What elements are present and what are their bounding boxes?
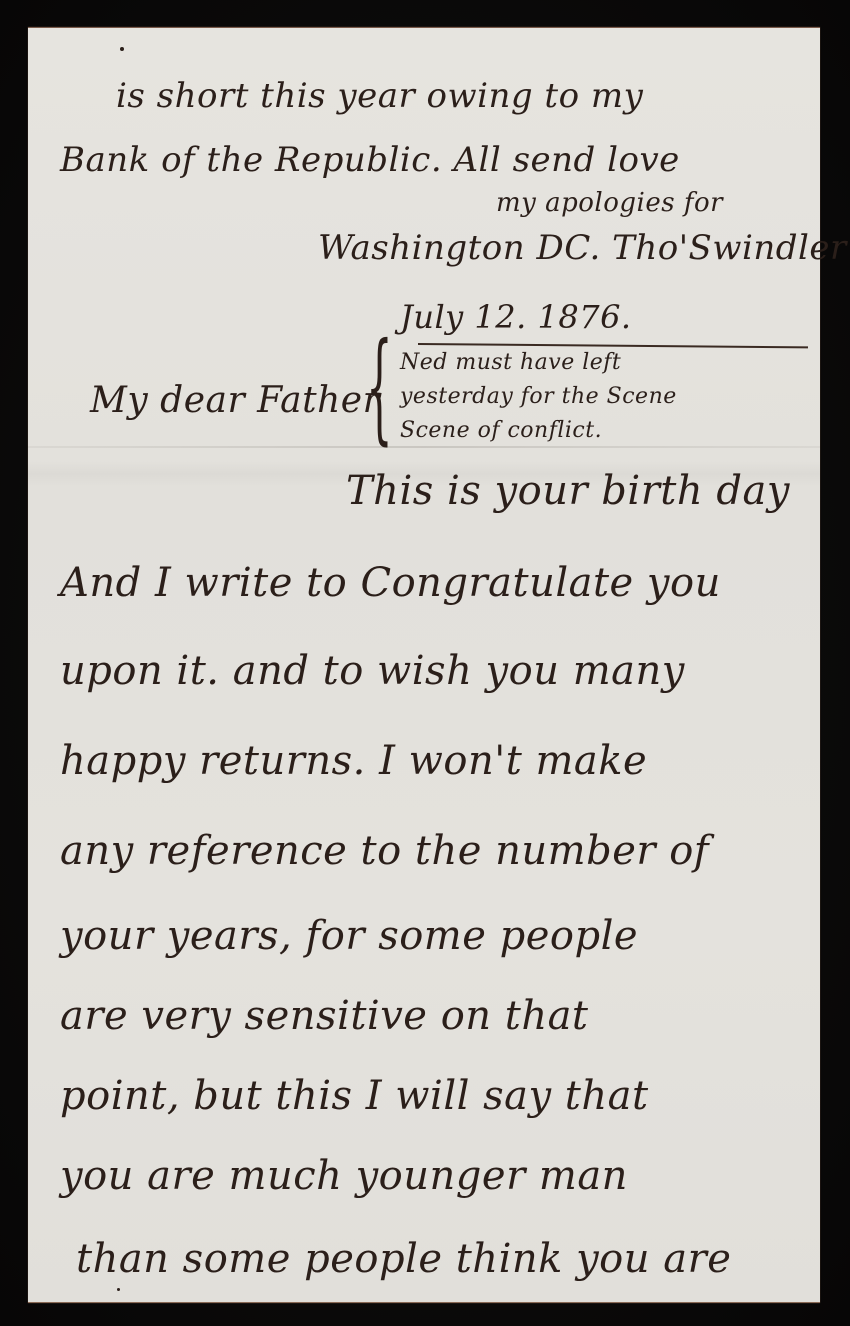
body-line-10: than some people think you are [76,1236,731,1282]
body-line-1: This is your birth day [346,468,790,514]
letter-page: is short this year owing to my Bank of t… [28,27,820,1303]
side-note-line-3: Scene of conflict. [400,418,602,443]
brace-mark: { [366,328,393,448]
body-line-2: And I write to Congratulate you [60,560,721,606]
salutation: My dear Father [90,380,380,421]
ink-dot [120,47,124,51]
place-line: Washington DC. Tho'Swindler [318,228,847,268]
ink-dot [117,1288,120,1291]
body-line-3: upon it. and to wish you many [60,648,685,694]
paper-fold-line [28,446,820,448]
side-note-line-1: Ned must have left [400,350,621,375]
body-line-9: you are much younger man [60,1153,628,1199]
separator-rule [418,343,808,348]
body-line-8: point, but this I will say that [60,1073,649,1119]
continuation-line-1: is short this year owing to my [116,76,643,116]
body-line-4: happy returns. I won't make [60,738,647,784]
body-line-5: any reference to the number of [60,828,709,874]
letter-date: July 12. 1876. [400,298,632,336]
postscript-tail: my apologies for [496,188,723,218]
body-line-6: your years, for some people [60,913,638,959]
side-note-line-2: yesterday for the Scene [400,384,677,409]
continuation-line-2: Bank of the Republic. All send love [60,140,680,180]
body-line-7: are very sensitive on that [60,993,589,1039]
